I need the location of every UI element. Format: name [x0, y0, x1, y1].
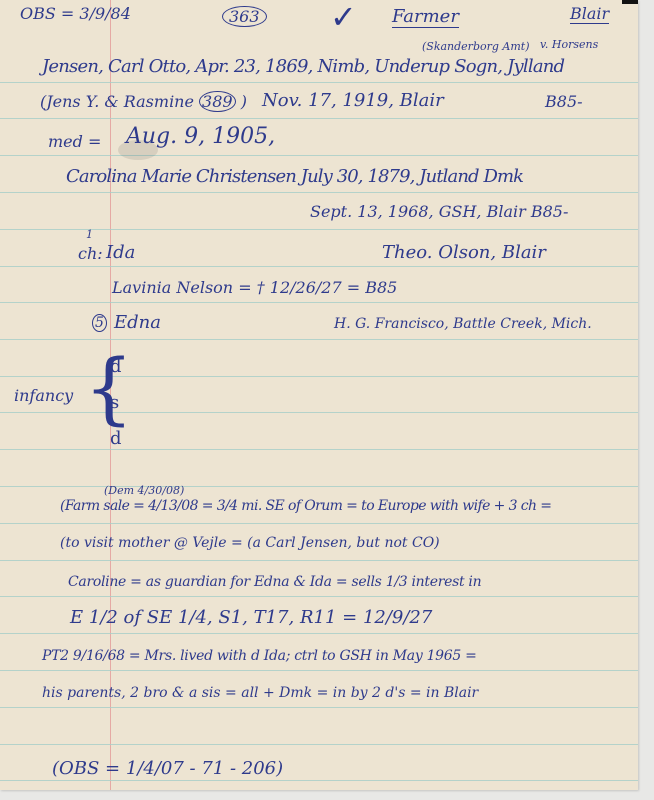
- infancy-label: infancy: [14, 386, 73, 405]
- birthplace-annotation-2: v. Horsens: [540, 38, 598, 51]
- record-number: 363: [222, 6, 267, 27]
- scan-edge: [622, 0, 638, 4]
- person-death: Nov. 17, 1919, Blair: [262, 90, 444, 111]
- note-line-1: (Farm sale = 4/13/08 = 3/4 mi. SE of Oru…: [60, 498, 551, 514]
- rule-line: [0, 82, 638, 83]
- brace-icon: {: [84, 350, 134, 428]
- obs-date: OBS = 3/9/84: [20, 4, 131, 23]
- rule-line: [0, 486, 638, 487]
- dem-annotation: (Dem 4/30/08): [104, 484, 184, 497]
- rule-line: [0, 707, 638, 708]
- marriage-date: Aug. 9, 1905,: [126, 124, 275, 149]
- rule-line: [0, 339, 638, 340]
- spouse-name-line: Carolina Marie Christensen July 30, 1879…: [66, 166, 523, 187]
- rule-line: [0, 780, 638, 781]
- parents-names: (Jens Y. & Rasmine: [40, 92, 194, 111]
- child-spouse: H. G. Francisco, Battle Creek, Mich.: [334, 316, 592, 332]
- location: Blair: [570, 4, 609, 24]
- child-name: Edna: [114, 312, 161, 333]
- note-line-4: E 1/2 of SE 1/4, S1, T17, R11 = 12/9/27: [70, 607, 432, 628]
- rule-line: [0, 155, 638, 156]
- person-burial: B85-: [545, 92, 583, 111]
- rule-line: [0, 523, 638, 524]
- rule-line: [0, 229, 638, 230]
- marriage-label: med =: [48, 132, 101, 151]
- spouse-death-line: Sept. 13, 1968, GSH, Blair B85-: [310, 202, 568, 221]
- footer-reference: (OBS = 1/4/07 - 71 - 206): [52, 758, 283, 779]
- rule-line: [0, 302, 638, 303]
- note-line-5: PT2 9/16/68 = Mrs. lived with d Ida; ctr…: [42, 648, 477, 664]
- notebook-page: OBS = 3/9/84 363 ✓ Farmer Blair (Skander…: [0, 0, 638, 790]
- child-name: Lavinia Nelson = † 12/26/27 = B85: [112, 278, 397, 297]
- rule-line: [0, 118, 638, 119]
- person-name-line: Jensen, Carl Otto, Apr. 23, 1869, Nimb, …: [42, 56, 564, 77]
- child-marker: 5: [92, 314, 107, 332]
- occupation: Farmer: [392, 6, 459, 28]
- rule-line: [0, 633, 638, 634]
- rule-line: [0, 266, 638, 267]
- parents-close: ): [241, 92, 247, 111]
- rule-line: [0, 744, 638, 745]
- note-line-2: (to visit mother @ Vejle = (a Carl Jense…: [60, 535, 440, 551]
- rule-line: [0, 560, 638, 561]
- note-line-3: Caroline = as guardian for Edna & Ida = …: [68, 574, 481, 590]
- children-label: ch:: [78, 244, 103, 263]
- birthplace-annotation: (Skanderborg Amt): [422, 40, 530, 53]
- rule-line: [0, 449, 638, 450]
- rule-line: [0, 192, 638, 193]
- parents-ref: 389: [199, 91, 236, 112]
- infancy-child: d: [110, 356, 122, 377]
- note-line-6: his parents, 2 bro & a sis = all + Dmk =…: [42, 685, 478, 701]
- person-parents: (Jens Y. & Rasmine 389 ): [40, 92, 247, 111]
- rule-line: [0, 670, 638, 671]
- rule-line: [0, 596, 638, 597]
- infancy-child: d: [110, 428, 122, 449]
- infancy-child: s: [110, 392, 119, 413]
- child-spouse: Theo. Olson, Blair: [382, 242, 546, 263]
- checkmark-icon: ✓: [330, 0, 357, 36]
- child-marker: 1: [86, 228, 93, 241]
- child-name: Ida: [106, 242, 135, 263]
